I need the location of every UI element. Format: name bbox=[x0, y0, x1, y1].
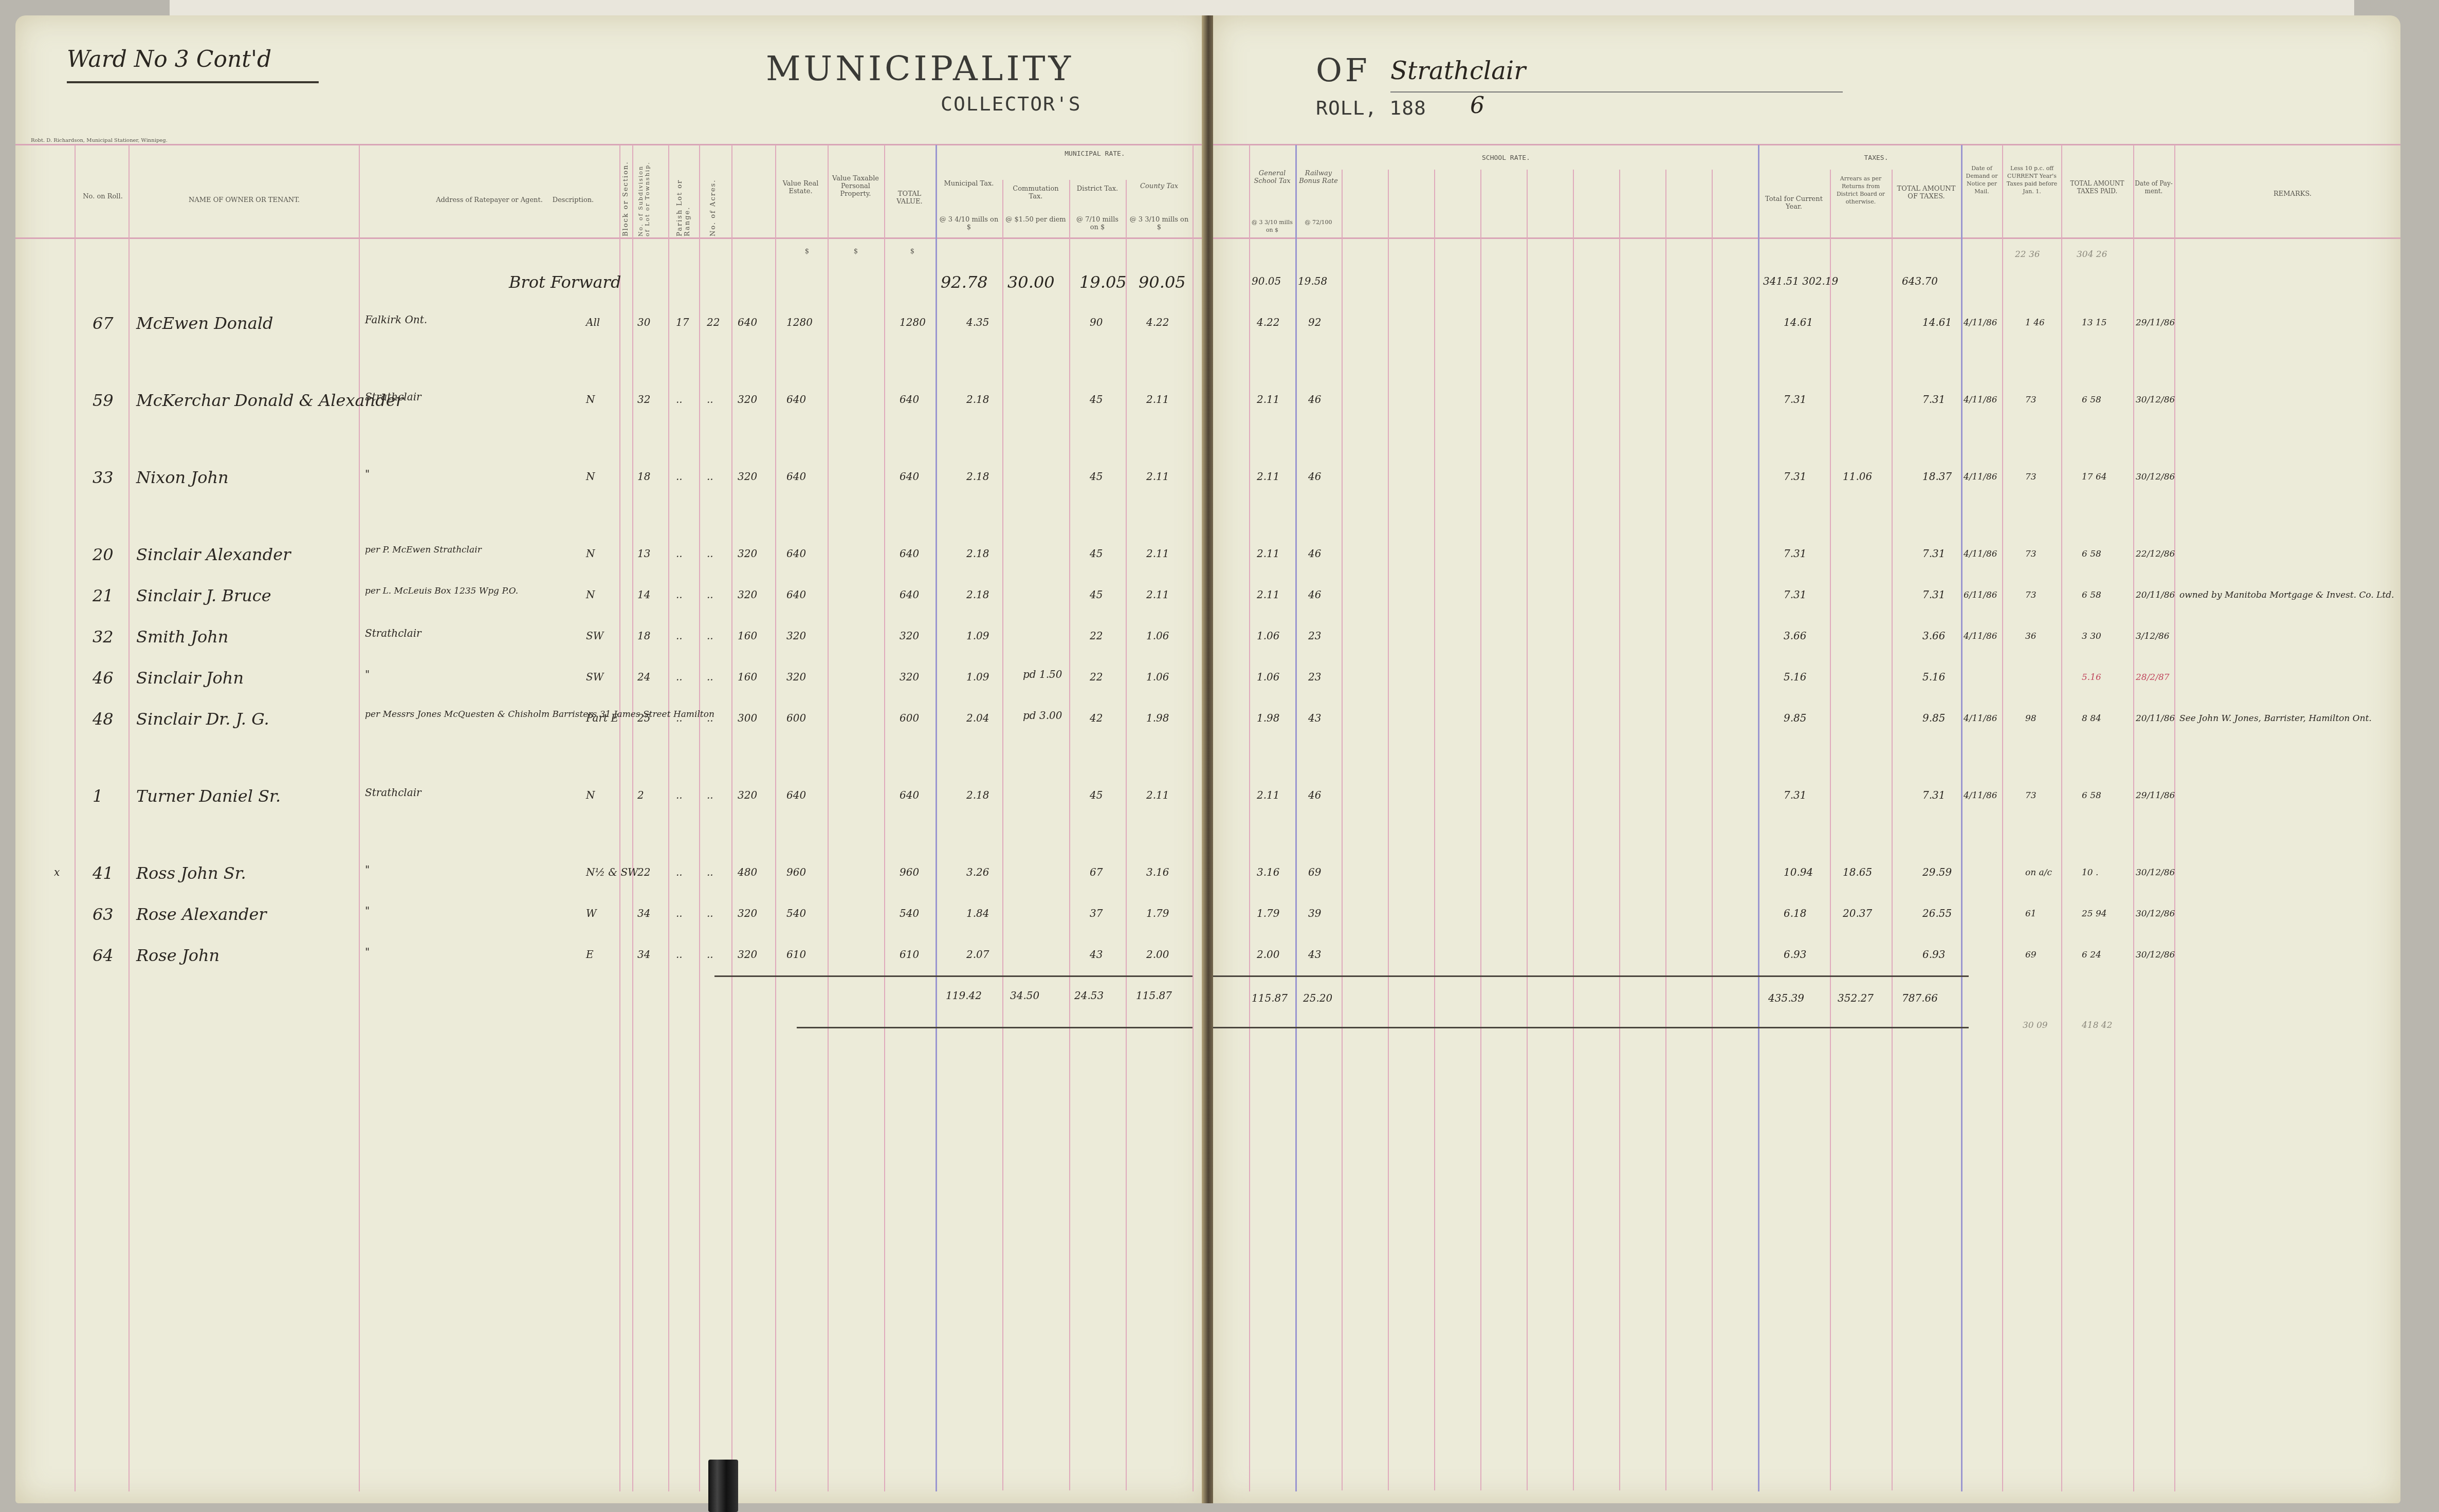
subdivision: .. bbox=[676, 712, 683, 724]
total-value: 1280 bbox=[900, 316, 926, 328]
title-municipality: MUNICIPALITY bbox=[766, 49, 1074, 88]
total-commutation: 34.50 bbox=[1010, 989, 1039, 1002]
district-tax: 45 bbox=[1090, 470, 1103, 483]
acres: 300 bbox=[738, 712, 757, 724]
district-tax: 45 bbox=[1090, 588, 1103, 601]
municipal-tax: 2.18 bbox=[966, 789, 989, 801]
date-payment: 22/12/86 bbox=[2136, 549, 2175, 559]
total-current: 7.31 bbox=[1784, 588, 1807, 601]
roll-label: ROLL, 188 bbox=[1316, 97, 1426, 119]
title-collectors: COLLECTOR'S bbox=[941, 93, 1081, 115]
header-top-rule bbox=[15, 144, 1208, 145]
owner-name: Smith John bbox=[136, 627, 228, 647]
county-tax: 3.16 bbox=[1146, 866, 1169, 878]
total-county: 115.87 bbox=[1136, 989, 1172, 1002]
col-parish: Parish Lot or Range. bbox=[676, 159, 691, 236]
subdivision: .. bbox=[676, 907, 683, 919]
total-rule bbox=[1213, 975, 1969, 977]
school-tax: 4.22 bbox=[1257, 316, 1280, 328]
total-amount: 26.55 bbox=[1922, 907, 1952, 919]
district-rate-value: @ 7/10 mills on $ bbox=[1072, 216, 1123, 231]
total-paid: 8 84 bbox=[2082, 713, 2101, 724]
total-school: 115.87 bbox=[1252, 992, 1288, 1004]
railway-rate: 46 bbox=[1308, 588, 1321, 601]
subdivision: .. bbox=[676, 547, 683, 560]
owner-name: Ross John Sr. bbox=[136, 863, 246, 883]
bf-railway: 19.58 bbox=[1298, 275, 1327, 287]
municipal-tax: 2.18 bbox=[966, 470, 989, 483]
railway-rate: 43 bbox=[1308, 948, 1321, 961]
railway-rate: 92 bbox=[1308, 316, 1321, 328]
block: 22 bbox=[637, 866, 650, 878]
description: N½ & SW bbox=[586, 866, 638, 878]
municipal-tax: 2.04 bbox=[966, 712, 989, 724]
owner-name: Rose John bbox=[136, 946, 219, 965]
total-current: 7.31 bbox=[1784, 470, 1807, 483]
bf-amount: 643.70 bbox=[1902, 275, 1938, 287]
group-taxes: TAXES. bbox=[1799, 154, 1953, 162]
total-amount: 3.66 bbox=[1922, 630, 1946, 642]
date-payment: 29/11/86 bbox=[2136, 790, 2175, 801]
value-real: 640 bbox=[786, 789, 806, 801]
roll-number: 59 bbox=[93, 391, 114, 410]
value-real: 540 bbox=[786, 907, 806, 919]
col-general-school-tax: General School Tax bbox=[1250, 170, 1294, 185]
col-railway-bonus: Railway Bonus Rate bbox=[1296, 170, 1341, 185]
commutation-tax: pd 1.50 bbox=[1023, 668, 1062, 680]
col-remarks: REMARKS. bbox=[2215, 190, 2370, 198]
subdivision: .. bbox=[676, 470, 683, 483]
less-10pc: 73 bbox=[2025, 549, 2037, 559]
acres: 320 bbox=[738, 948, 757, 961]
county-tax: 1.79 bbox=[1146, 907, 1169, 919]
municipality-name: Strathclair bbox=[1390, 57, 1526, 85]
total-current: 6.93 bbox=[1784, 948, 1807, 961]
value-real: 320 bbox=[786, 630, 806, 642]
block: 18 bbox=[637, 630, 650, 642]
address: " bbox=[365, 863, 370, 876]
col-district-tax: District Tax. bbox=[1072, 185, 1123, 193]
bf-less-pencil: 22 36 bbox=[2015, 249, 2040, 260]
acres: 320 bbox=[738, 393, 757, 405]
roll-number: 20 bbox=[93, 545, 114, 564]
bf-commutation: 30.00 bbox=[1007, 272, 1055, 292]
remarks: owned by Manitoba Mortgage & Invest. Co.… bbox=[2179, 590, 2394, 600]
description: N bbox=[586, 470, 595, 483]
total-value: 960 bbox=[900, 866, 919, 878]
municipal-tax: 2.07 bbox=[966, 948, 989, 961]
arrears: 18.65 bbox=[1843, 866, 1872, 878]
date-demand: 4/11/86 bbox=[1964, 713, 1997, 724]
header-bottom-rule bbox=[15, 237, 1208, 239]
group-municipal-rate: MUNICIPAL RATE. bbox=[1018, 150, 1172, 158]
roll-number: 48 bbox=[93, 709, 114, 729]
total-amount: 6.93 bbox=[1922, 948, 1946, 961]
railway-rate: 46 bbox=[1308, 393, 1321, 405]
date-payment: 20/11/86 bbox=[2136, 713, 2175, 724]
range: .. bbox=[707, 470, 713, 483]
description: Part E bbox=[586, 712, 618, 724]
roll-number: 1 bbox=[93, 786, 103, 806]
total-value: 540 bbox=[900, 907, 919, 919]
school-tax: 2.11 bbox=[1257, 547, 1280, 560]
district-tax: 37 bbox=[1090, 907, 1103, 919]
dollar-sign: $ bbox=[907, 248, 918, 255]
binder-clip bbox=[708, 1460, 738, 1512]
acres: 480 bbox=[738, 866, 757, 878]
block: 18 bbox=[637, 470, 650, 483]
acres: 640 bbox=[738, 316, 757, 328]
total-amount: 14.61 bbox=[1922, 316, 1952, 328]
acres: 160 bbox=[738, 630, 757, 642]
total-amount: 7.31 bbox=[1922, 547, 1946, 560]
total-value: 320 bbox=[900, 671, 919, 683]
value-real: 640 bbox=[786, 393, 806, 405]
description: SW bbox=[586, 630, 603, 642]
total-municipal: 119.42 bbox=[946, 989, 982, 1002]
less-10pc: 73 bbox=[2025, 395, 2037, 405]
total-paid-pencil: 418 42 bbox=[2082, 1020, 2112, 1030]
owner-name: Sinclair Dr. J. G. bbox=[136, 709, 269, 729]
total-paid: 6 58 bbox=[2082, 590, 2101, 600]
col-date-demand: Date of Demand or Notice per Mail. bbox=[1963, 164, 2001, 195]
less-10pc: 1 46 bbox=[2025, 318, 2045, 328]
date-payment: 20/11/86 bbox=[2136, 590, 2175, 600]
subdivision: 17 bbox=[676, 316, 689, 328]
value-real: 640 bbox=[786, 547, 806, 560]
commutation-tax: pd 3.00 bbox=[1023, 709, 1062, 722]
municipal-tax: 1.09 bbox=[966, 630, 989, 642]
value-real: 1280 bbox=[786, 316, 813, 328]
municipal-tax: 4.35 bbox=[966, 316, 989, 328]
bf-municipal: 92.78 bbox=[941, 272, 988, 292]
district-tax: 42 bbox=[1090, 712, 1103, 724]
roll-number: 63 bbox=[93, 905, 114, 924]
district-tax: 45 bbox=[1090, 547, 1103, 560]
range: .. bbox=[707, 866, 713, 878]
school-tax: 1.98 bbox=[1257, 712, 1280, 724]
commutation-rate-value: @ $1.50 per diem bbox=[1005, 216, 1067, 224]
total-current: 7.31 bbox=[1784, 547, 1807, 560]
total-value: 640 bbox=[900, 470, 919, 483]
date-demand: 4/11/86 bbox=[1964, 318, 1997, 328]
total-paid: 5.16 bbox=[2082, 672, 2101, 683]
dollar-sign: $ bbox=[802, 248, 812, 255]
district-tax: 43 bbox=[1090, 948, 1103, 961]
county-tax: 2.11 bbox=[1146, 789, 1169, 801]
school-tax: 2.11 bbox=[1257, 789, 1280, 801]
x-mark: x bbox=[54, 866, 60, 878]
col-total-paid: TOTAL AMOUNT TAXES PAID. bbox=[2064, 180, 2131, 195]
address: " bbox=[365, 668, 370, 680]
header-top-rule bbox=[1213, 144, 2400, 145]
date-payment: 30/12/86 bbox=[2136, 950, 2175, 960]
total-value: 610 bbox=[900, 948, 919, 961]
less-10pc: 69 bbox=[2025, 950, 2037, 960]
date-payment: 30/12/86 bbox=[2136, 909, 2175, 919]
total-current: 6.18 bbox=[1784, 907, 1807, 919]
block: 24 bbox=[637, 671, 650, 683]
less-10pc: 73 bbox=[2025, 472, 2037, 482]
date-payment: 30/12/86 bbox=[2136, 472, 2175, 482]
range: .. bbox=[707, 712, 713, 724]
total-current: 7.31 bbox=[1784, 789, 1807, 801]
municipal-tax: 2.18 bbox=[966, 547, 989, 560]
ledger-page-right: OF Strathclair ROLL, 188 6 SCHOOL RATE. … bbox=[1213, 15, 2400, 1503]
block: 32 bbox=[637, 393, 650, 405]
date-payment: 30/12/86 bbox=[2136, 395, 2175, 405]
total-paid: 6 24 bbox=[2082, 950, 2101, 960]
value-real: 960 bbox=[786, 866, 806, 878]
block: 34 bbox=[637, 948, 650, 961]
district-tax: 45 bbox=[1090, 393, 1103, 405]
group-school-rate: SCHOOL RATE. bbox=[1403, 154, 1609, 162]
total-amount: 7.31 bbox=[1922, 789, 1946, 801]
less-10pc: 36 bbox=[2025, 631, 2037, 641]
col-acres: No. of Acres. bbox=[709, 159, 717, 236]
bf-county: 90.05 bbox=[1139, 272, 1186, 292]
railway-rate: 23 bbox=[1308, 671, 1321, 683]
block: 30 bbox=[637, 316, 650, 328]
bf-school: 90.05 bbox=[1252, 275, 1281, 287]
subdivision: .. bbox=[676, 789, 683, 801]
less-10pc: 61 bbox=[2025, 909, 2037, 919]
ledger-page-left: Ward No 3 Cont'd MUNICIPALITY COLLECTOR'… bbox=[15, 15, 1208, 1503]
total-amount: 9.85 bbox=[1922, 712, 1946, 724]
acres: 320 bbox=[738, 470, 757, 483]
total-current: 5.16 bbox=[1784, 671, 1807, 683]
railway-rate-value: @ 72/100 bbox=[1296, 218, 1341, 226]
address: " bbox=[365, 905, 370, 917]
county-tax: 2.11 bbox=[1146, 547, 1169, 560]
total-current: 3.66 bbox=[1784, 630, 1807, 642]
municipal-rate-value: @ 3 4/10 mills on $ bbox=[938, 216, 1000, 231]
railway-rate: 43 bbox=[1308, 712, 1321, 724]
county-tax: 2.11 bbox=[1146, 393, 1169, 405]
description: N bbox=[586, 588, 595, 601]
less-10pc: 73 bbox=[2025, 590, 2037, 600]
acres: 320 bbox=[738, 588, 757, 601]
school-tax: 2.11 bbox=[1257, 470, 1280, 483]
bf-current: 341.51 302.19 bbox=[1763, 275, 1838, 287]
school-tax: 3.16 bbox=[1257, 866, 1280, 878]
total-amount: 7.31 bbox=[1922, 588, 1946, 601]
col-arrears: Arrears as per Returns from District Boa… bbox=[1832, 175, 1889, 206]
county-tax: 2.11 bbox=[1146, 470, 1169, 483]
total-amount: 7.31 bbox=[1922, 393, 1946, 405]
acres: 320 bbox=[738, 907, 757, 919]
total-value: 640 bbox=[900, 393, 919, 405]
block: 34 bbox=[637, 907, 650, 919]
railway-rate: 46 bbox=[1308, 789, 1321, 801]
address: Falkirk Ont. bbox=[365, 314, 427, 326]
county-tax: 4.22 bbox=[1146, 316, 1169, 328]
address: Strathclair bbox=[365, 627, 421, 639]
district-tax: 22 bbox=[1090, 630, 1103, 642]
col-value-real: Value Real Estate. bbox=[776, 180, 825, 195]
date-payment: 3/12/86 bbox=[2136, 631, 2170, 641]
roll-number: 46 bbox=[93, 668, 114, 688]
block: 2 bbox=[637, 789, 644, 801]
district-tax: 22 bbox=[1090, 671, 1103, 683]
date-demand: 6/11/86 bbox=[1964, 590, 1997, 600]
roll-year: 6 bbox=[1470, 93, 1484, 119]
col-description: Description. bbox=[529, 196, 617, 204]
district-tax: 45 bbox=[1090, 789, 1103, 801]
col-no-on-roll: No. on Roll. bbox=[80, 193, 126, 200]
school-tax: 1.06 bbox=[1257, 630, 1280, 642]
owner-name: Nixon John bbox=[136, 468, 229, 487]
date-demand: 4/11/86 bbox=[1964, 790, 1997, 801]
total-current: 14.61 bbox=[1784, 316, 1813, 328]
total-amount: 5.16 bbox=[1922, 671, 1946, 683]
less-10pc: 98 bbox=[2025, 713, 2037, 724]
total-taxes: 787.66 bbox=[1902, 992, 1938, 1004]
less-10pc: 73 bbox=[2025, 790, 2037, 801]
col-less-10pc: Less 10 p.c. off CURRENT Year's Taxes pa… bbox=[2004, 164, 2060, 195]
block: 25 bbox=[637, 712, 650, 724]
col-name: NAME OF OWNER OR TENANT. bbox=[131, 196, 357, 204]
value-real: 320 bbox=[786, 671, 806, 683]
total-value: 600 bbox=[900, 712, 919, 724]
municipal-tax: 2.18 bbox=[966, 393, 989, 405]
description: N bbox=[586, 789, 595, 801]
district-tax: 67 bbox=[1090, 866, 1103, 878]
brought-forward-label: Brot Forward bbox=[509, 272, 621, 292]
printer-imprint: Robt. D. Richardson, Municipal Stationer… bbox=[31, 137, 168, 144]
ward-label: Ward No 3 Cont'd bbox=[67, 46, 271, 72]
address: per P. McEwen Strathclair bbox=[365, 545, 482, 555]
roll-number: 33 bbox=[93, 468, 114, 487]
owner-name: McEwen Donald bbox=[136, 314, 273, 333]
address: per L. McLeuis Box 1235 Wpg P.O. bbox=[365, 586, 518, 596]
subdivision: .. bbox=[676, 866, 683, 878]
value-real: 610 bbox=[786, 948, 806, 961]
col-subdivision: No. of Subdivision of Lot or Township. bbox=[637, 159, 651, 236]
subdivision: .. bbox=[676, 393, 683, 405]
ward-underline bbox=[67, 81, 319, 83]
school-tax: 1.06 bbox=[1257, 671, 1280, 683]
remarks: See John W. Jones, Barrister, Hamilton O… bbox=[2179, 713, 2372, 724]
railway-rate: 69 bbox=[1308, 866, 1321, 878]
total-less-pencil: 30 09 bbox=[2023, 1020, 2048, 1030]
acres: 160 bbox=[738, 671, 757, 683]
total-paid: 13 15 bbox=[2082, 318, 2107, 328]
total-value: 640 bbox=[900, 547, 919, 560]
dollar-sign: $ bbox=[851, 248, 861, 255]
bf-paid-pencil: 304 26 bbox=[2077, 249, 2107, 260]
address: " bbox=[365, 468, 370, 480]
municipal-tax: 3.26 bbox=[966, 866, 989, 878]
range: .. bbox=[707, 547, 713, 560]
date-demand: 4/11/86 bbox=[1964, 395, 1997, 405]
total-value: 640 bbox=[900, 588, 919, 601]
total-current: 9.85 bbox=[1784, 712, 1807, 724]
owner-name: Sinclair John bbox=[136, 668, 244, 688]
total-current: 10.94 bbox=[1784, 866, 1813, 878]
roll-number: 32 bbox=[93, 627, 114, 647]
range: .. bbox=[707, 630, 713, 642]
municipal-tax: 1.09 bbox=[966, 671, 989, 683]
owner-name: McKerchar Donald & Alexander bbox=[136, 391, 404, 410]
name-underline bbox=[1390, 91, 1843, 93]
col-total-amount: TOTAL AMOUNT OF TAXES. bbox=[1894, 185, 1958, 200]
range: .. bbox=[707, 907, 713, 919]
total-rule bbox=[1213, 1027, 1969, 1028]
description: N bbox=[586, 547, 595, 560]
col-commutation-tax: Commutation Tax. bbox=[1005, 185, 1067, 200]
range: .. bbox=[707, 789, 713, 801]
col-date-payment: Date of Pay-ment. bbox=[2134, 180, 2173, 195]
total-railway: 25.20 bbox=[1303, 992, 1332, 1004]
range: 22 bbox=[707, 316, 720, 328]
range: .. bbox=[707, 948, 713, 961]
address: Strathclair bbox=[365, 391, 421, 403]
description: SW bbox=[586, 671, 603, 683]
total-paid: 25 94 bbox=[2082, 909, 2107, 919]
total-paid: 17 64 bbox=[2082, 472, 2107, 482]
railway-rate: 23 bbox=[1308, 630, 1321, 642]
county-tax: 2.00 bbox=[1146, 948, 1169, 961]
acres: 320 bbox=[738, 789, 757, 801]
owner-name: Rose Alexander bbox=[136, 905, 267, 924]
range: .. bbox=[707, 393, 713, 405]
total-paid: 6 58 bbox=[2082, 549, 2101, 559]
municipal-tax: 1.84 bbox=[966, 907, 989, 919]
col-county-tax: County Tax bbox=[1128, 182, 1190, 190]
acres: 320 bbox=[738, 547, 757, 560]
total-amount: 29.59 bbox=[1922, 866, 1952, 878]
description: All bbox=[586, 316, 600, 328]
col-total-value: TOTAL VALUE. bbox=[885, 190, 934, 206]
total-paid: 6 58 bbox=[2082, 395, 2101, 405]
range: .. bbox=[707, 671, 713, 683]
county-rate-value: @ 3 3/10 mills on $ bbox=[1128, 216, 1190, 231]
total-current: 7.31 bbox=[1784, 393, 1807, 405]
county-tax: 1.06 bbox=[1146, 671, 1169, 683]
total-current-year: 435.39 bbox=[1768, 992, 1804, 1004]
col-block: Block or Section. bbox=[622, 159, 630, 236]
address: Strathclair bbox=[365, 786, 421, 799]
subdivision: .. bbox=[676, 671, 683, 683]
school-tax: 2.11 bbox=[1257, 588, 1280, 601]
owner-name: Turner Daniel Sr. bbox=[136, 786, 281, 806]
value-real: 600 bbox=[786, 712, 806, 724]
railway-rate: 46 bbox=[1308, 470, 1321, 483]
school-tax: 1.79 bbox=[1257, 907, 1280, 919]
description: W bbox=[586, 907, 597, 919]
col-value-personal: Value Taxable Personal Property. bbox=[829, 175, 883, 198]
col-municipal-tax: Municipal Tax. bbox=[938, 180, 1000, 188]
county-tax: 1.06 bbox=[1146, 630, 1169, 642]
date-payment: 30/12/86 bbox=[2136, 868, 2175, 878]
date-payment: 28/2/87 bbox=[2136, 672, 2170, 683]
total-rule bbox=[714, 975, 1193, 977]
date-demand: 4/11/86 bbox=[1964, 472, 1997, 482]
description: E bbox=[586, 948, 594, 961]
total-arrears: 352.27 bbox=[1838, 992, 1874, 1004]
col-total-current: Total for Current Year. bbox=[1761, 195, 1827, 211]
subdivision: .. bbox=[676, 630, 683, 642]
school-tax: 2.11 bbox=[1257, 393, 1280, 405]
county-tax: 2.11 bbox=[1146, 588, 1169, 601]
municipal-tax: 2.18 bbox=[966, 588, 989, 601]
address: " bbox=[365, 946, 370, 958]
value-real: 640 bbox=[786, 588, 806, 601]
total-amount: 18.37 bbox=[1922, 470, 1952, 483]
date-payment: 29/11/86 bbox=[2136, 318, 2175, 328]
description: N bbox=[586, 393, 595, 405]
